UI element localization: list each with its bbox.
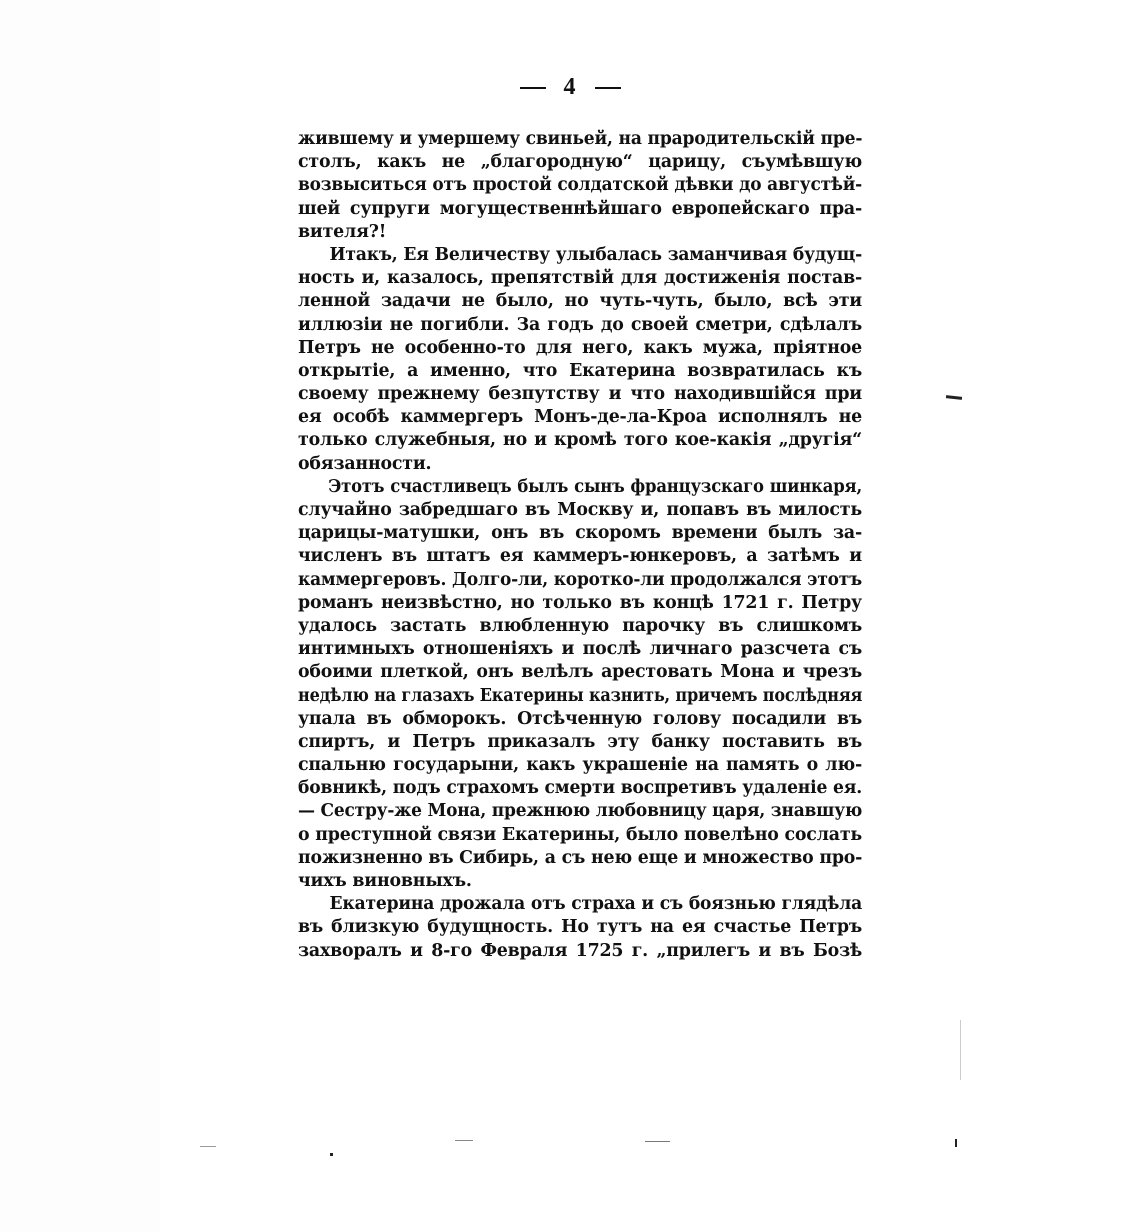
text-line: чихъ виновныхъ. (298, 870, 862, 893)
scan-mark-right-dots (960, 1020, 961, 1080)
page-number: 4 (564, 74, 577, 100)
text-line: обязанности. (298, 453, 862, 476)
text-line: Этотъ счастливецъ былъ сынъ французскаго… (298, 476, 862, 499)
text-line: каммергеровъ. Долго-ли, коротко-ли продо… (298, 569, 862, 592)
text-line: обоими плеткой, онъ велѣлъ арестовать Мо… (298, 661, 862, 684)
text-line: недѣлю на глазахъ Екатерины казнить, при… (298, 685, 862, 708)
paragraph-2: Итакъ, Ея Величеству улыбалась заманчива… (298, 244, 862, 476)
scan-speck (330, 1153, 333, 1156)
text-line: захворалъ и 8-го Февраля 1725 г. „прилег… (298, 940, 862, 963)
text-line: иллюзіи не погибли. За годъ до своей сме… (298, 314, 862, 337)
text-line: Петръ не особенно-то для него, какъ мужа… (298, 337, 862, 360)
text-line: Итакъ, Ея Величеству улыбалась заманчива… (298, 244, 862, 267)
text-line: численъ въ штатъ ея каммеръ-юнкеровъ, а … (298, 545, 862, 568)
scan-mark-bottom-center (455, 1140, 473, 1141)
text-line: удалось застать влюбленную парочку въ сл… (298, 615, 862, 638)
text-line: ность и, казалось, препятствій для дости… (298, 267, 862, 290)
text-line: бовникѣ, подъ страхомъ смерти воспретивъ… (298, 777, 862, 800)
text-line: открытіе, а именно, что Екатерина возвра… (298, 360, 862, 383)
scan-mark-bottom-left (200, 1146, 216, 1147)
text-line: спиртъ, и Петръ приказалъ эту банку пост… (298, 731, 862, 754)
text-line: возвыситься отъ простой солдатской дѣвки… (298, 174, 862, 197)
header-dash-left (520, 87, 546, 89)
text-line: своему прежнему безпутству и что находив… (298, 383, 862, 406)
text-line: столъ, какъ не „благородную“ царицу, съу… (298, 151, 862, 174)
text-line: романъ неизвѣстно, но только въ концѣ 17… (298, 592, 862, 615)
paragraph-4: Екатерина дрожала отъ страха и съ боязнь… (298, 893, 862, 963)
header-dash-right (595, 87, 621, 89)
page-number-header: 4 (0, 74, 1140, 101)
text-line: въ близкую будущность. Но тутъ на ея сча… (298, 916, 862, 939)
paragraph-3: Этотъ счастливецъ былъ сынъ французскаго… (298, 476, 862, 893)
text-line: — Сестру-же Мона, прежнюю любовницу царя… (298, 800, 862, 823)
text-line: спальню государыни, какъ украшеніе на па… (298, 754, 862, 777)
text-line: Екатерина дрожала отъ страха и съ боязнь… (298, 893, 862, 916)
scan-left-margin (0, 0, 160, 1232)
text-line: ея особѣ каммергеръ Монъ-де-ла-Кроа испо… (298, 406, 862, 429)
text-line: царицы-матушки, онъ въ скоромъ времени б… (298, 522, 862, 545)
text-line: ленной задачи не было, но чуть-чуть, был… (298, 290, 862, 313)
scan-mark-bottom-right (645, 1141, 670, 1142)
text-line: только служебныя, но и кромѣ того кое-ка… (298, 429, 862, 452)
text-line: шей супруги могущественнѣйшаго европейск… (298, 198, 862, 221)
text-line: о преступной связи Екатерины, было повел… (298, 824, 862, 847)
paragraph-1: жившему и умершему свиньей, на прародите… (298, 128, 862, 244)
text-line: интимныхъ отношеніяхъ и послѣ личнаго ра… (298, 638, 862, 661)
body-text: жившему и умершему свиньей, на прародите… (298, 128, 862, 963)
text-line: пожизненно въ Сибирь, а съ нею еще и мно… (298, 847, 862, 870)
text-line: жившему и умершему свиньей, на прародите… (298, 128, 862, 151)
text-line: упала въ обморокъ. Отсѣченную голову пос… (298, 708, 862, 731)
text-line: случайно забредшаго въ Москву и, попавъ … (298, 499, 862, 522)
scan-mark-far-right (955, 1139, 957, 1147)
text-line: вителя?! (298, 221, 862, 244)
